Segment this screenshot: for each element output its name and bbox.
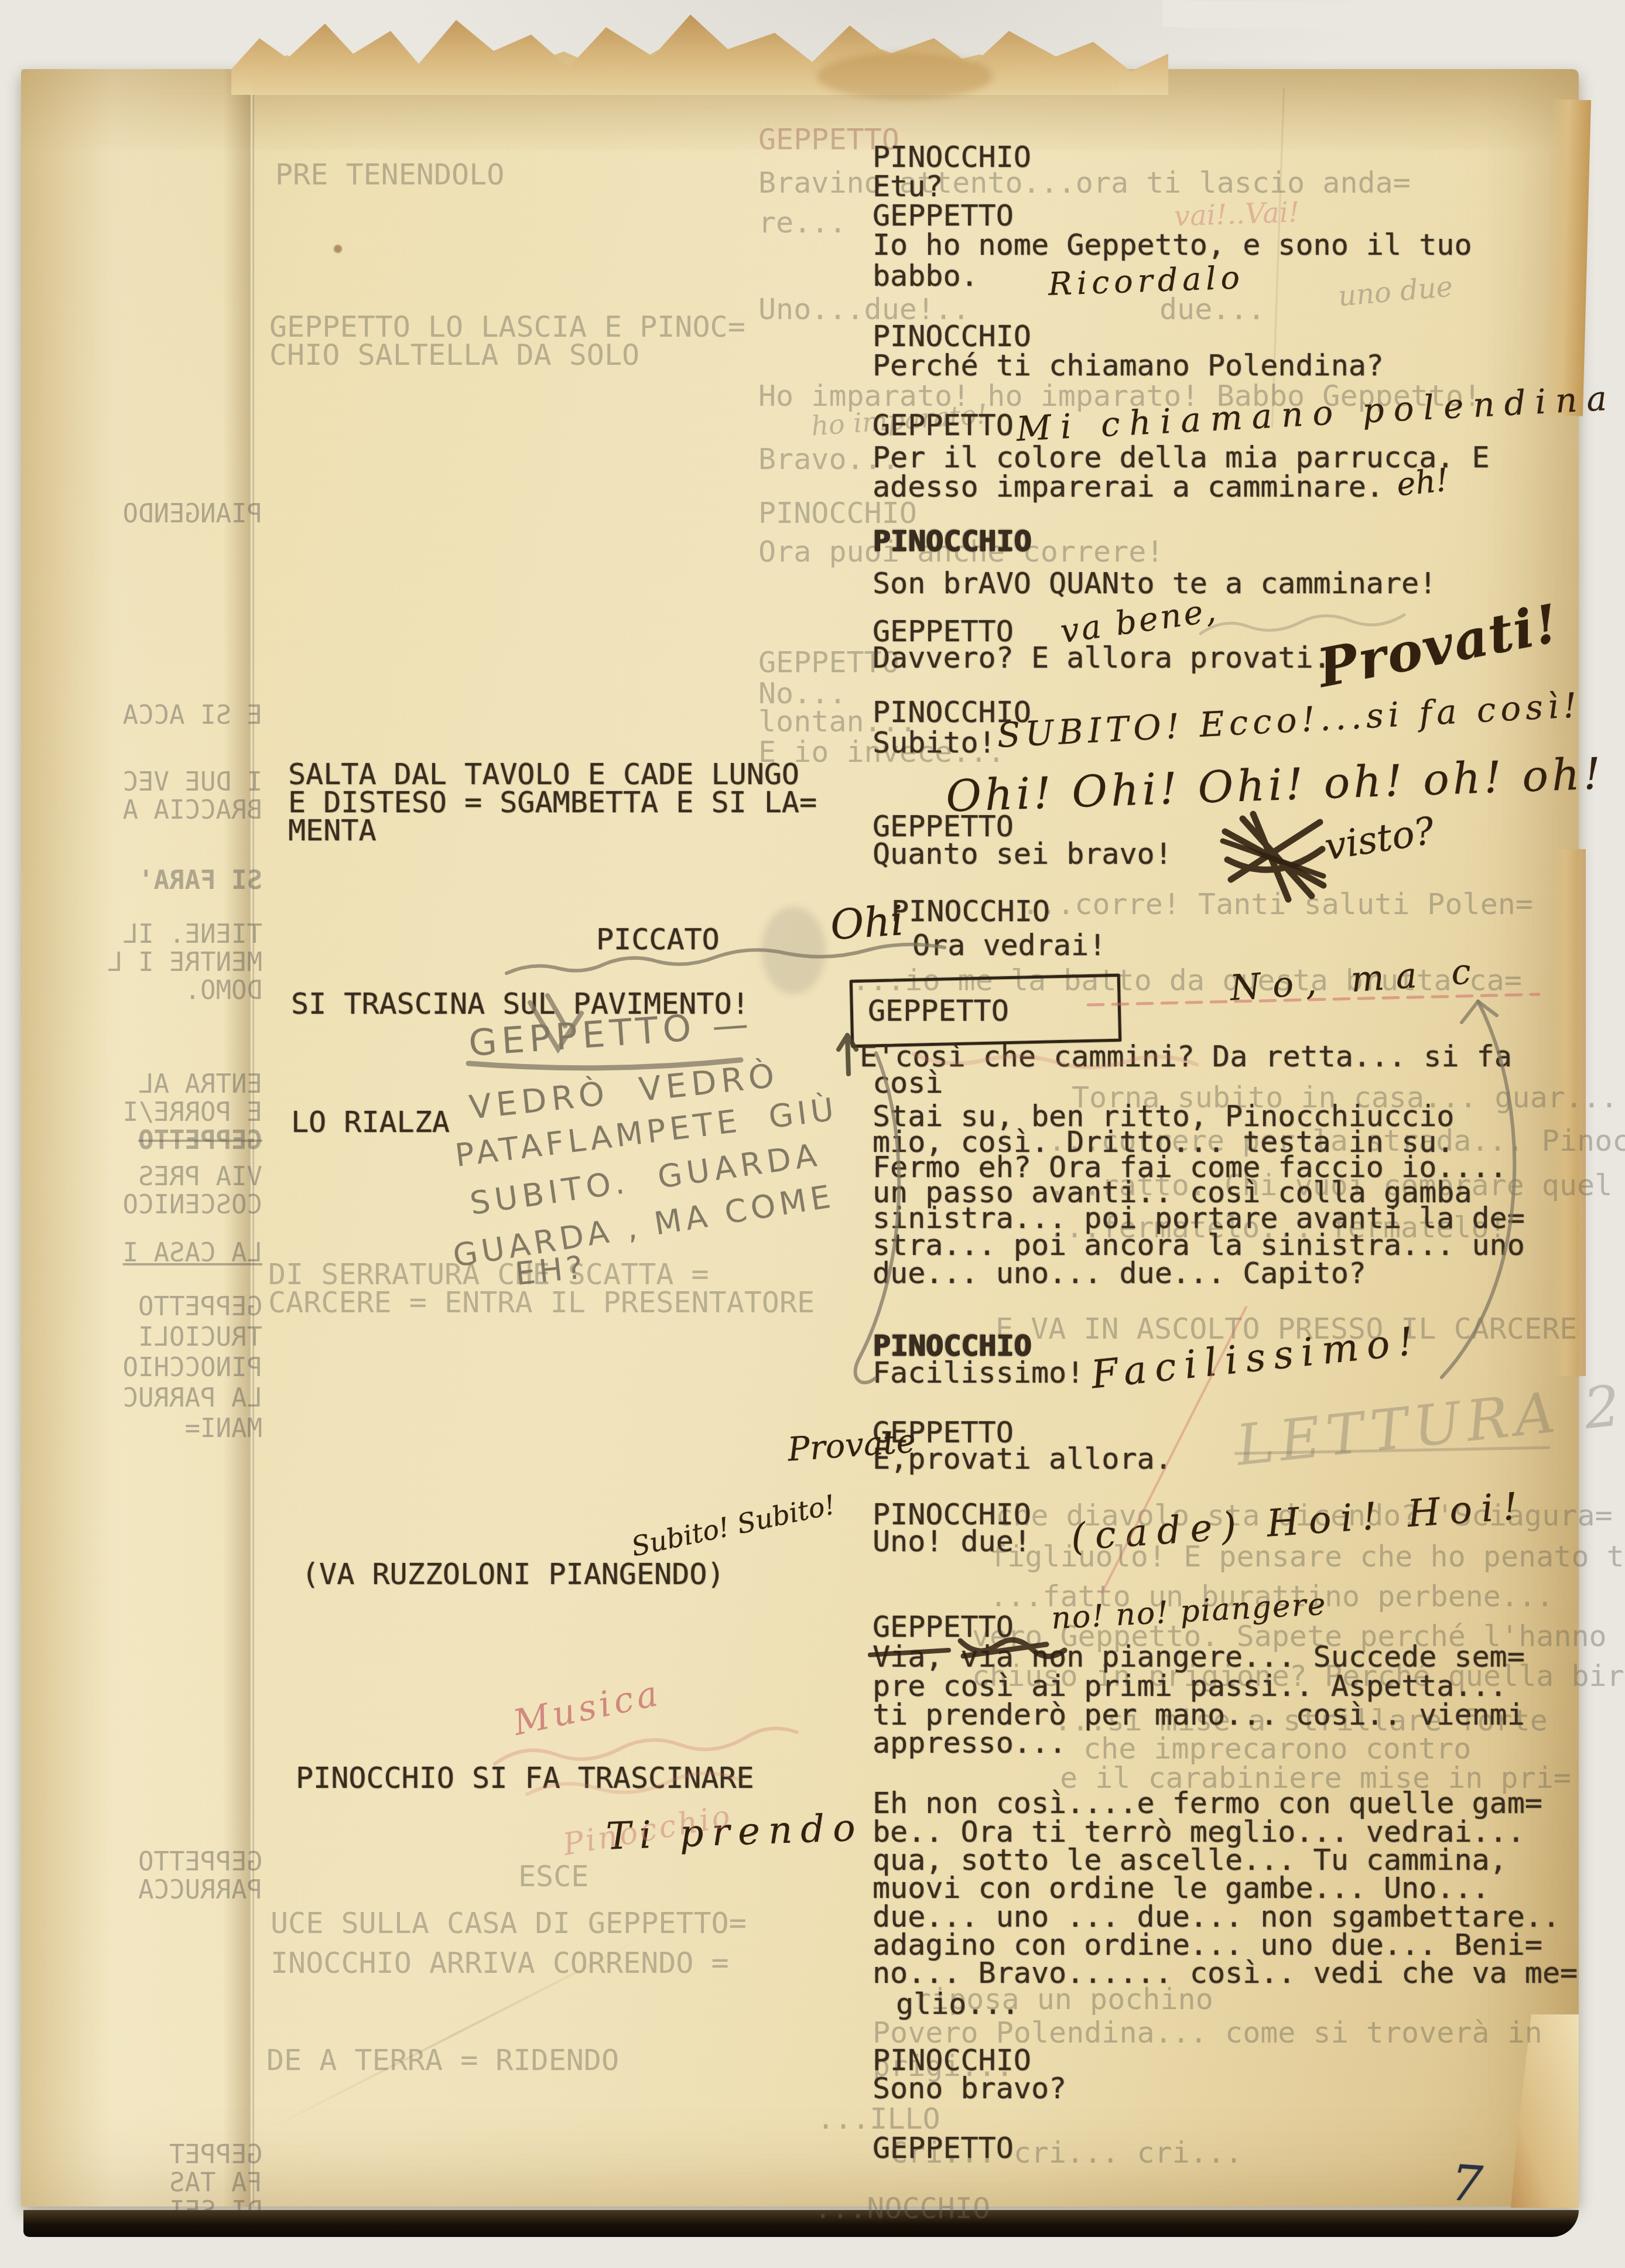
scanned-script-page: PIANGENDO E SI ACCA I DUE VEC BRACCIA A … — [0, 0, 1625, 2268]
red-pencil-strokes — [495, 994, 1539, 1794]
annotation-strokes — [0, 0, 1625, 2268]
ink-strikethrough — [870, 1640, 1065, 1656]
dark-arrow — [839, 1035, 856, 1074]
pencil-strokes — [468, 615, 1549, 1453]
ink-scribble — [1223, 814, 1323, 899]
